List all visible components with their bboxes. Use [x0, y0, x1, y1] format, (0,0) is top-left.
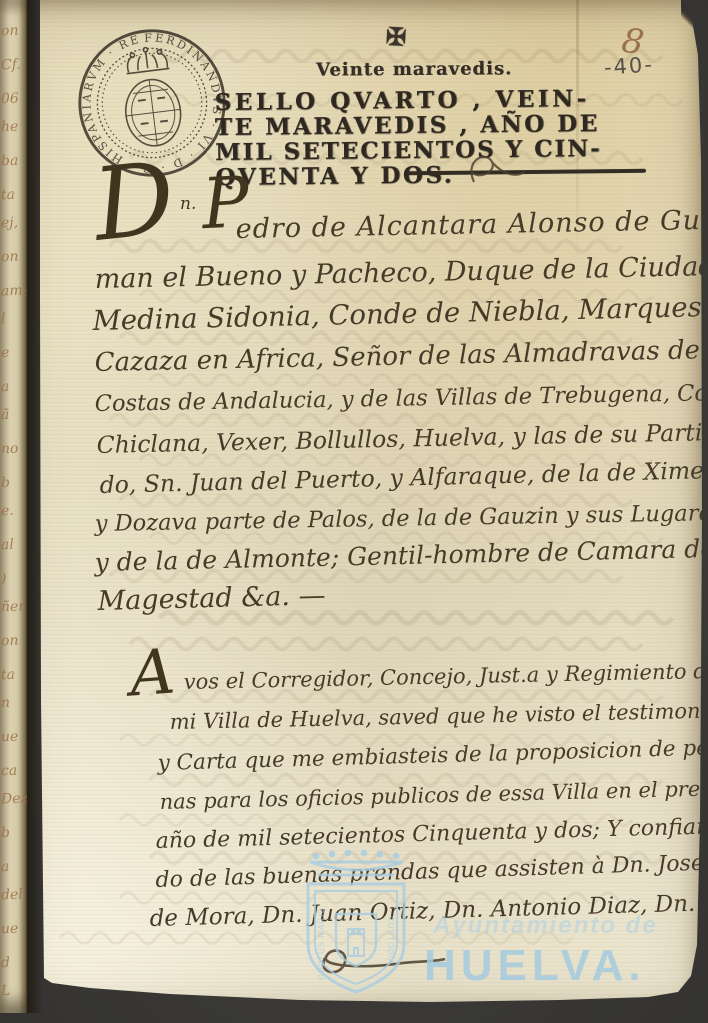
manuscript-line: Chiclana, Vexer, Bollullos, Huelva, y la…: [96, 418, 708, 459]
margin-fragment: a: [1, 380, 10, 394]
printers-cross-mark: ✠: [385, 21, 407, 51]
margin-fragment: e.: [1, 504, 14, 518]
margin-fragment: ej,: [1, 216, 19, 231]
margin-fragment: ue: [1, 922, 19, 937]
margin-fragment: a: [1, 860, 10, 874]
illuminated-initial-d: D: [89, 148, 179, 256]
margin-fragment: e: [1, 346, 10, 360]
stamp-gothic-header: Veinte maravedis.: [316, 58, 512, 80]
manuscript-line: y Dozava parte de Palos, de la de Gauzin…: [95, 500, 708, 537]
manuscript-line: de Mora, Dn. Juan Ortiz, Dn. Antonio Dia…: [149, 891, 695, 932]
margin-fragment: al: [1, 538, 14, 552]
margin-fragment: L: [1, 984, 11, 998]
margin-fragment: 06: [1, 92, 19, 107]
margin-fragment: am-: [1, 284, 28, 299]
margin-fragment: n: [1, 696, 11, 710]
margin-fragment: ta: [1, 188, 15, 202]
margin-fragment: Cf.: [1, 58, 21, 73]
manuscript-line: Cazaza en Africa, Señor de las Almadrava…: [94, 334, 708, 378]
document-scan: onCf.06hebataej,onam-leaãnobe.al)ñeronta…: [0, 0, 708, 1023]
margin-fragment: ca: [1, 764, 18, 779]
margin-fragment: on: [1, 634, 19, 649]
margin-fragment: he: [1, 120, 19, 135]
margin-fragment: b: [1, 476, 10, 490]
manuscript-page: FERDINANDVS · VI · D · G · HISPANIARVM ·…: [0, 0, 708, 1023]
closing-flourish: [295, 938, 455, 980]
margin-fragment: ue: [1, 730, 19, 745]
capital-a: A: [128, 641, 177, 706]
manuscript-line: y Carta que me embiasteis de la proposic…: [157, 734, 708, 776]
margin-fragment: ã: [1, 408, 10, 422]
manuscript-line: do, Sn. Juan del Puerto, y Alfaraque, de…: [99, 456, 708, 499]
margin-fragment: ba: [1, 154, 19, 169]
margin-fragment: no: [1, 442, 19, 457]
archive-page-number: -40-: [603, 52, 654, 79]
page-corner-curl: [681, 0, 708, 36]
margin-fragment: Dez: [1, 792, 28, 807]
margin-fragment: del: [1, 888, 23, 903]
previous-page-edge: onCf.06hebataej,onam-leaãnobe.al)ñeronta…: [0, 0, 27, 1013]
seal-crown-icon: [124, 45, 169, 74]
manuscript-line: do de las buenas prendas que assisten à …: [155, 850, 708, 893]
manuscript-line: vos el Corregidor, Concejo, Just.a y Reg…: [183, 659, 708, 694]
margin-fragment: ñer: [1, 600, 25, 615]
margin-fragment: on: [1, 24, 19, 39]
stamp-line: MIL SETECIENTOS Y CIN-: [215, 136, 602, 165]
manuscript-line: año de mil setecientos Cinquenta y dos; …: [155, 814, 708, 854]
manuscript-line: nas para los oficios publicos de essa Vi…: [159, 776, 708, 814]
margin-fragment: ): [1, 572, 7, 586]
margin-fragment: l: [1, 312, 6, 326]
margin-fragment: b: [1, 826, 10, 840]
manuscript-line: mi Villa de Huelva, saved que he visto e…: [169, 698, 708, 734]
manuscript-line: Medina Sidonia, Conde de Niebla, Marques…: [92, 290, 708, 337]
initial-superscript: n.: [180, 196, 196, 213]
manuscript-line: Costas de Andalucia, y de las Villas de …: [95, 380, 708, 417]
manuscript-line: Magestad &a. —: [97, 580, 326, 617]
manuscript-line: edro de Alcantara Alonso de Guz-: [235, 205, 708, 245]
rubric-flourish: [452, 146, 532, 192]
manuscript-line: man el Bueno y Pacheco, Duque de la Ciud…: [94, 250, 708, 295]
stamp-line: QVENTA Y DOS.: [215, 161, 602, 190]
manuscript-line: y de la de Almonte; Gentil-hombre de Cam…: [94, 533, 708, 577]
margin-fragment: on: [1, 250, 19, 265]
margin-fragment: ta: [1, 668, 15, 682]
margin-fragment: d: [1, 956, 10, 970]
seal-coat-of-arms: [122, 76, 184, 148]
